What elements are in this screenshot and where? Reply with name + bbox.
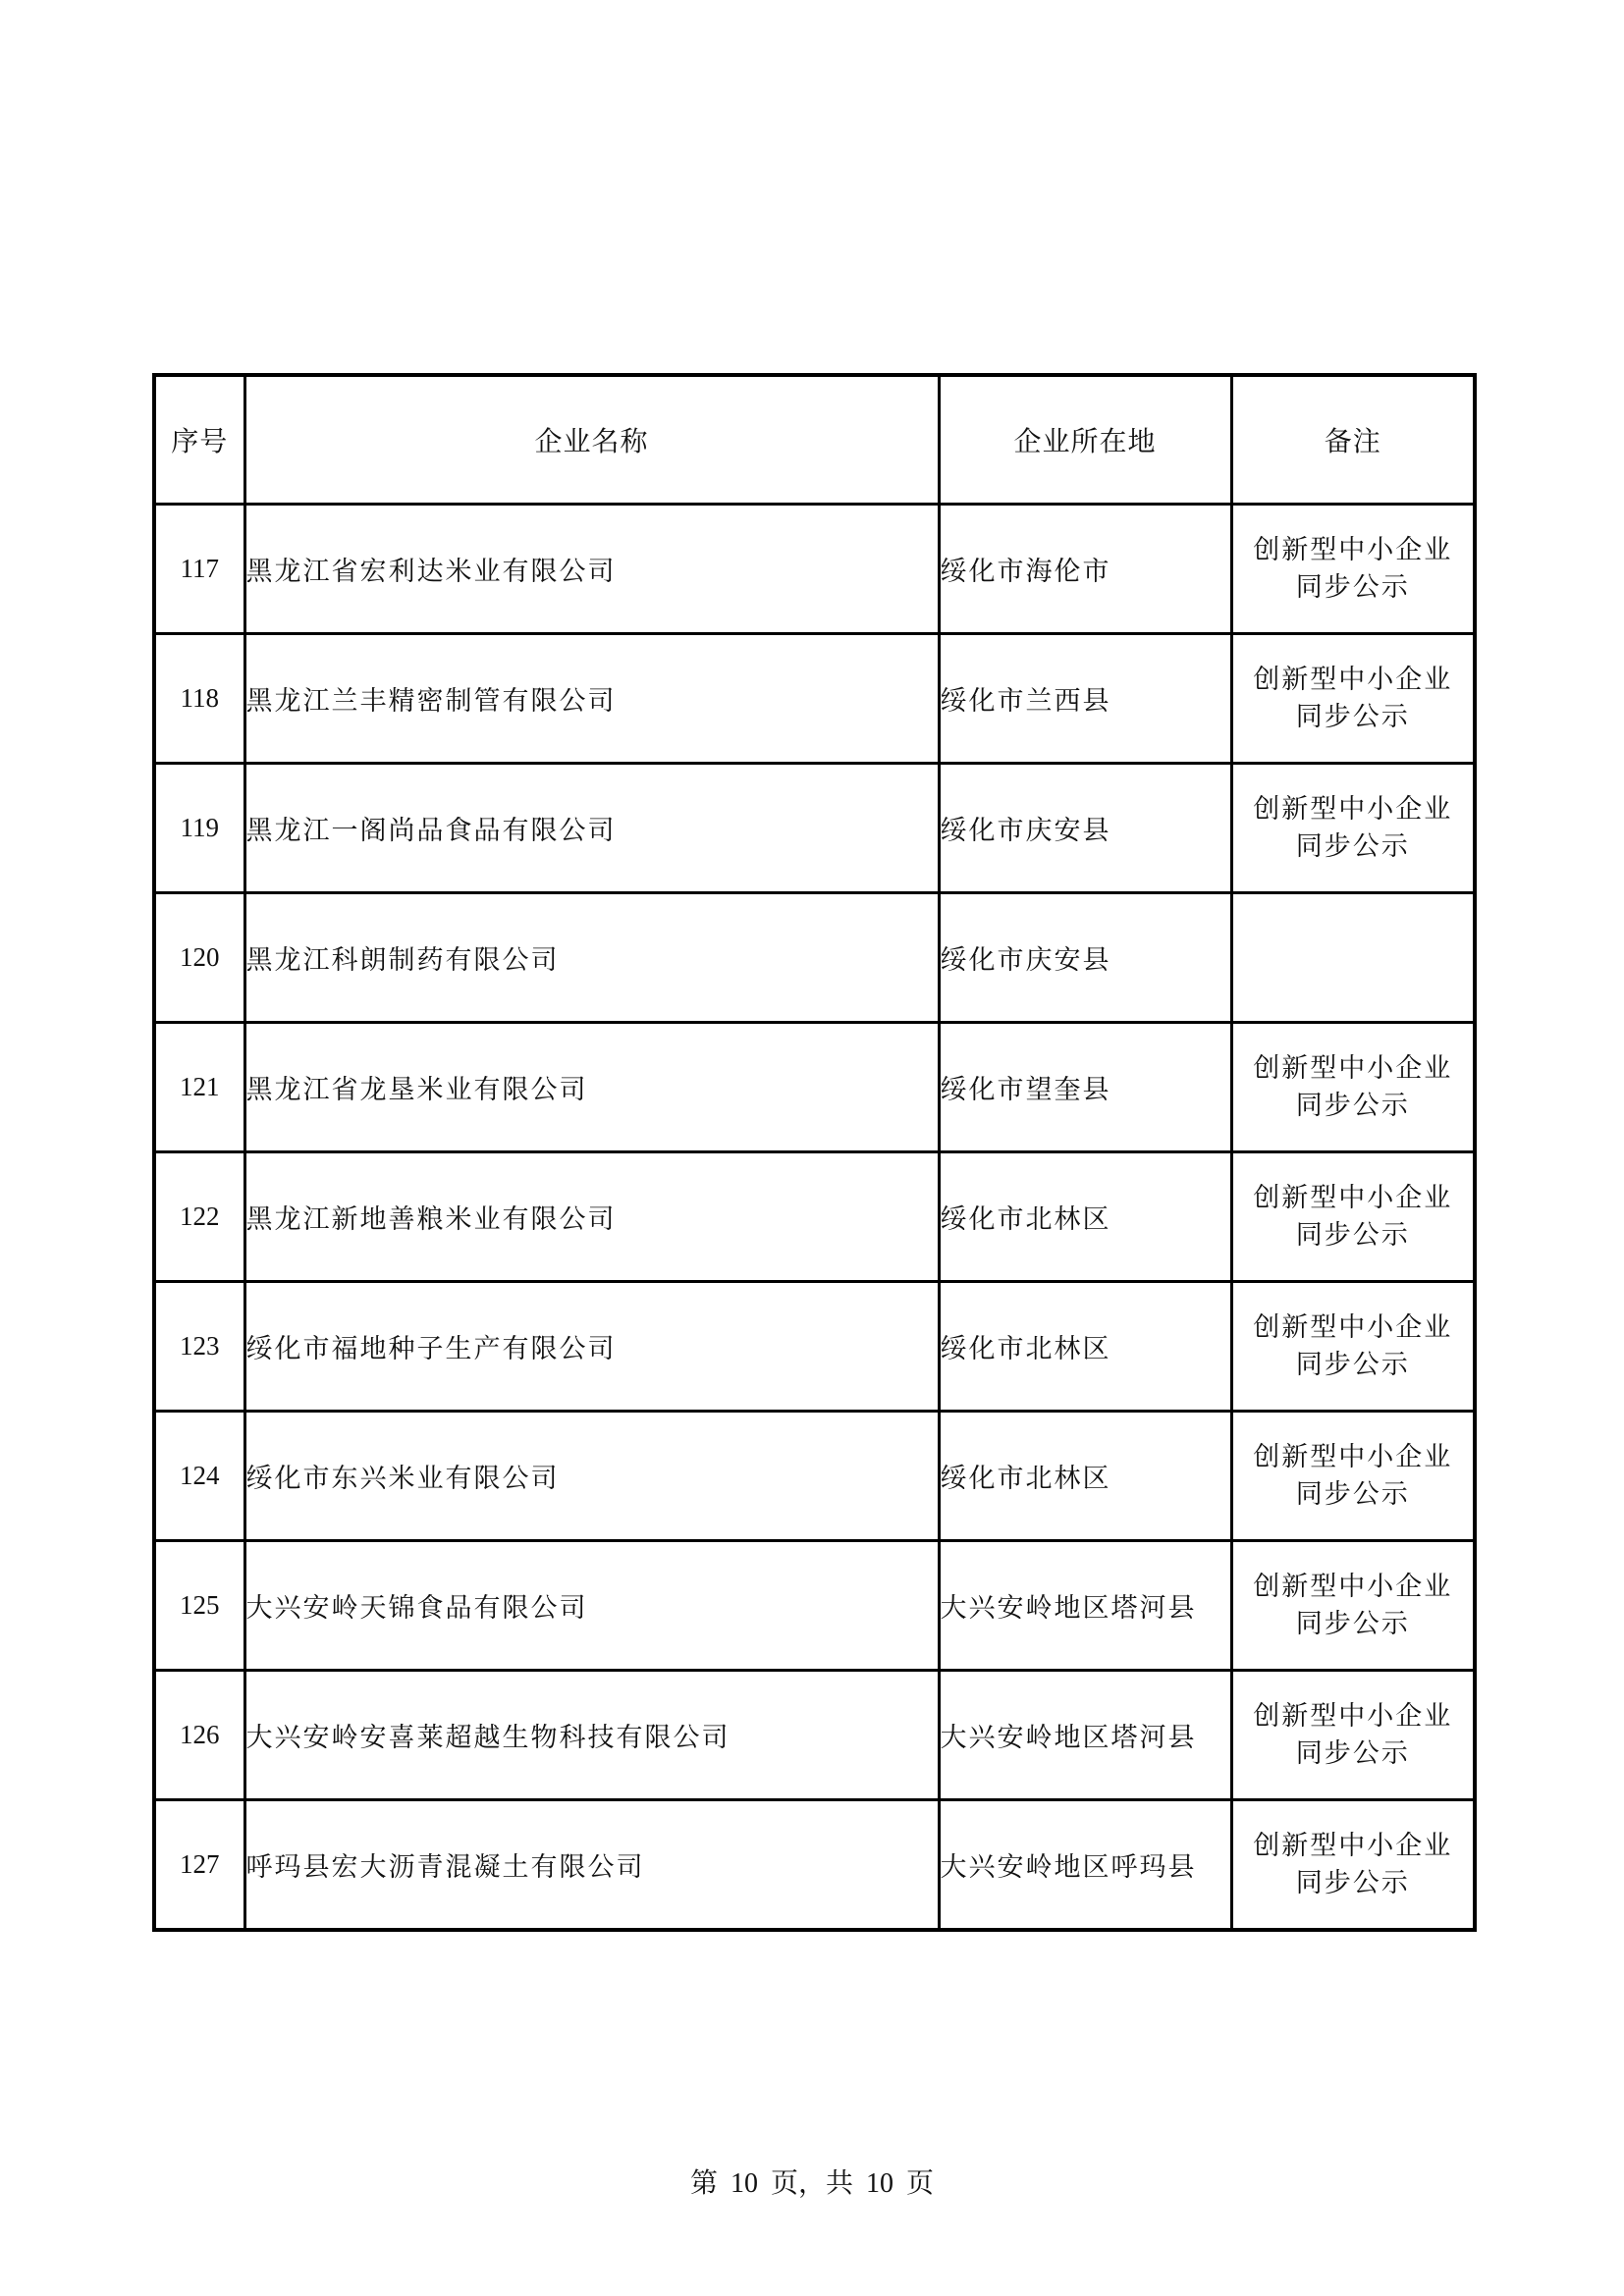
company-name-cell: 大兴安岭天锦食品有限公司 — [244, 1541, 939, 1671]
seq-cell: 117 — [154, 505, 244, 634]
seq-cell: 125 — [154, 1541, 244, 1671]
remark-line-1: 创新型中小企业 — [1233, 791, 1474, 828]
table-row: 124 绥化市东兴米业有限公司 绥化市北林区 创新型中小企业同步公示 — [154, 1412, 1475, 1541]
table-row: 121 黑龙江省龙垦米业有限公司 绥化市望奎县 创新型中小企业同步公示 — [154, 1023, 1475, 1152]
remark-line-1: 创新型中小企业 — [1233, 662, 1474, 699]
remark-line-1: 创新型中小企业 — [1233, 1569, 1474, 1606]
enterprise-table: 序号 企业名称 企业所在地 备注 117 黑龙江省宏利达米业有限公司 绥化市海伦… — [152, 373, 1477, 1932]
remark-cell: 创新型中小企业同步公示 — [1231, 1282, 1475, 1412]
company-name-cell: 绥化市福地种子生产有限公司 — [244, 1282, 939, 1412]
table-row: 117 黑龙江省宏利达米业有限公司 绥化市海伦市 创新型中小企业同步公示 — [154, 505, 1475, 634]
location-cell: 绥化市北林区 — [939, 1152, 1231, 1282]
remark-cell — [1231, 893, 1475, 1023]
remark-cell: 创新型中小企业同步公示 — [1231, 764, 1475, 893]
table-row: 118 黑龙江兰丰精密制管有限公司 绥化市兰西县 创新型中小企业同步公示 — [154, 634, 1475, 764]
seq-cell: 121 — [154, 1023, 244, 1152]
remark-line-1: 创新型中小企业 — [1233, 1439, 1474, 1476]
remark-line-1: 创新型中小企业 — [1233, 1309, 1474, 1347]
remark-line-1: 创新型中小企业 — [1233, 1698, 1474, 1735]
table-row: 122 黑龙江新地善粮米业有限公司 绥化市北林区 创新型中小企业同步公示 — [154, 1152, 1475, 1282]
remark-cell: 创新型中小企业同步公示 — [1231, 505, 1475, 634]
location-cell: 大兴安岭地区塔河县 — [939, 1541, 1231, 1671]
remark-line-1: 创新型中小企业 — [1233, 1180, 1474, 1217]
location-cell: 绥化市兰西县 — [939, 634, 1231, 764]
location-cell: 绥化市庆安县 — [939, 764, 1231, 893]
location-cell: 绥化市海伦市 — [939, 505, 1231, 634]
company-name-cell: 黑龙江科朗制药有限公司 — [244, 893, 939, 1023]
header-seq: 序号 — [154, 375, 244, 505]
location-cell: 绥化市庆安县 — [939, 893, 1231, 1023]
remark-line-2: 同步公示 — [1233, 569, 1474, 607]
company-name-cell: 黑龙江一阁尚品食品有限公司 — [244, 764, 939, 893]
seq-cell: 120 — [154, 893, 244, 1023]
document-page: 序号 企业名称 企业所在地 备注 117 黑龙江省宏利达米业有限公司 绥化市海伦… — [0, 0, 1624, 2296]
table-row: 125 大兴安岭天锦食品有限公司 大兴安岭地区塔河县 创新型中小企业同步公示 — [154, 1541, 1475, 1671]
remark-line-2: 同步公示 — [1233, 699, 1474, 736]
table-row: 126 大兴安岭安喜莱超越生物科技有限公司 大兴安岭地区塔河县 创新型中小企业同… — [154, 1671, 1475, 1800]
header-location: 企业所在地 — [939, 375, 1231, 505]
remark-line-1: 创新型中小企业 — [1233, 532, 1474, 569]
remark-line-2: 同步公示 — [1233, 1476, 1474, 1514]
location-cell: 绥化市北林区 — [939, 1412, 1231, 1541]
remark-cell: 创新型中小企业同步公示 — [1231, 1671, 1475, 1800]
seq-cell: 122 — [154, 1152, 244, 1282]
table-row: 123 绥化市福地种子生产有限公司 绥化市北林区 创新型中小企业同步公示 — [154, 1282, 1475, 1412]
remark-line-2: 同步公示 — [1233, 1606, 1474, 1643]
remark-cell: 创新型中小企业同步公示 — [1231, 1412, 1475, 1541]
remark-line-1: 创新型中小企业 — [1233, 1828, 1474, 1865]
remark-line-2: 同步公示 — [1233, 1347, 1474, 1384]
remark-line-2: 同步公示 — [1233, 1088, 1474, 1125]
company-name-cell: 黑龙江省龙垦米业有限公司 — [244, 1023, 939, 1152]
remark-cell: 创新型中小企业同步公示 — [1231, 1023, 1475, 1152]
seq-cell: 123 — [154, 1282, 244, 1412]
remark-line-2: 同步公示 — [1233, 1735, 1474, 1773]
table-body: 117 黑龙江省宏利达米业有限公司 绥化市海伦市 创新型中小企业同步公示 118… — [154, 505, 1475, 1931]
remark-line-2: 同步公示 — [1233, 1217, 1474, 1255]
remark-cell: 创新型中小企业同步公示 — [1231, 1152, 1475, 1282]
company-name-cell: 黑龙江新地善粮米业有限公司 — [244, 1152, 939, 1282]
location-cell: 大兴安岭地区呼玛县 — [939, 1800, 1231, 1931]
company-name-cell: 大兴安岭安喜莱超越生物科技有限公司 — [244, 1671, 939, 1800]
remark-line-2: 同步公示 — [1233, 828, 1474, 866]
company-name-cell: 呼玛县宏大沥青混凝土有限公司 — [244, 1800, 939, 1931]
seq-cell: 124 — [154, 1412, 244, 1541]
header-company-name: 企业名称 — [244, 375, 939, 505]
header-remark: 备注 — [1231, 375, 1475, 505]
location-cell: 绥化市望奎县 — [939, 1023, 1231, 1152]
remark-cell: 创新型中小企业同步公示 — [1231, 1800, 1475, 1931]
company-name-cell: 绥化市东兴米业有限公司 — [244, 1412, 939, 1541]
page-number-footer: 第 10 页，共 10 页 — [0, 2162, 1624, 2201]
seq-cell: 119 — [154, 764, 244, 893]
table-row: 119 黑龙江一阁尚品食品有限公司 绥化市庆安县 创新型中小企业同步公示 — [154, 764, 1475, 893]
remark-cell: 创新型中小企业同步公示 — [1231, 1541, 1475, 1671]
remark-line-2: 同步公示 — [1233, 1865, 1474, 1902]
company-name-cell: 黑龙江兰丰精密制管有限公司 — [244, 634, 939, 764]
company-name-cell: 黑龙江省宏利达米业有限公司 — [244, 505, 939, 634]
remark-line-1: 创新型中小企业 — [1233, 1050, 1474, 1088]
location-cell: 大兴安岭地区塔河县 — [939, 1671, 1231, 1800]
seq-cell: 127 — [154, 1800, 244, 1931]
seq-cell: 126 — [154, 1671, 244, 1800]
remark-cell: 创新型中小企业同步公示 — [1231, 634, 1475, 764]
table-row: 120 黑龙江科朗制药有限公司 绥化市庆安县 — [154, 893, 1475, 1023]
header-row: 序号 企业名称 企业所在地 备注 — [154, 375, 1475, 505]
table-header: 序号 企业名称 企业所在地 备注 — [154, 375, 1475, 505]
table-row: 127 呼玛县宏大沥青混凝土有限公司 大兴安岭地区呼玛县 创新型中小企业同步公示 — [154, 1800, 1475, 1931]
seq-cell: 118 — [154, 634, 244, 764]
location-cell: 绥化市北林区 — [939, 1282, 1231, 1412]
